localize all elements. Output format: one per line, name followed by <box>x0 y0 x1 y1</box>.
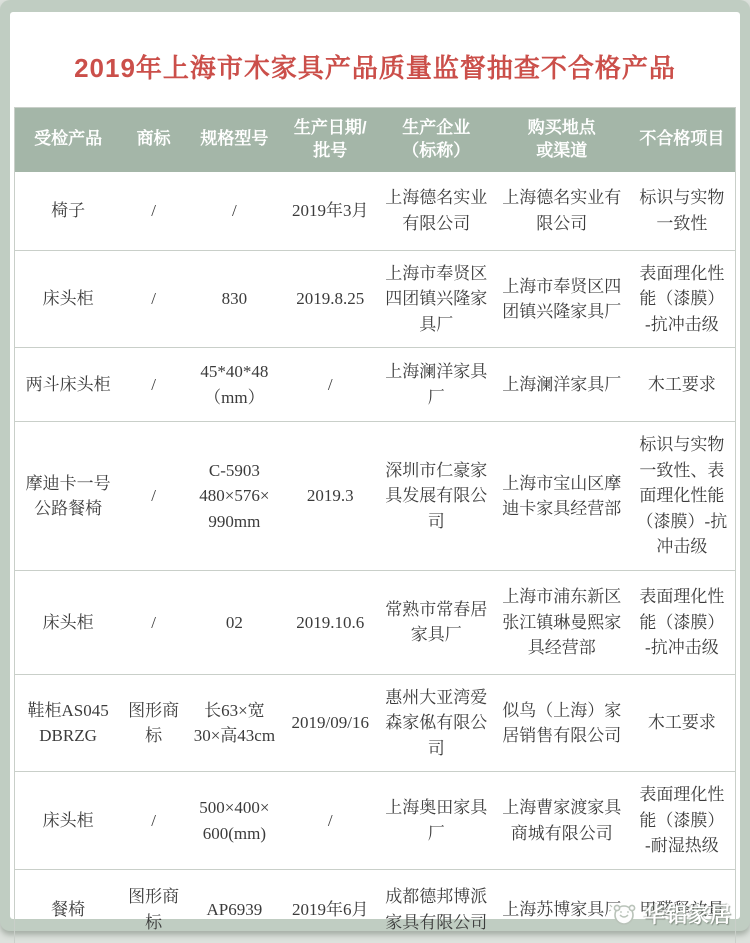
table-cell: 2019/09/16 <box>283 674 378 772</box>
column-header: 生产日期/ 批号 <box>283 108 378 172</box>
table-cell: 成都德邦博派家具有限公司 <box>378 869 495 943</box>
defective-products-table: 受检产品商标规格型号生产日期/ 批号生产企业 （标称）购买地点 或渠道不合格项目… <box>14 107 736 943</box>
table-cell: 45*40*48 （mm） <box>186 348 283 422</box>
table-header: 受检产品商标规格型号生产日期/ 批号生产企业 （标称）购买地点 或渠道不合格项目 <box>15 108 736 172</box>
table-cell: 上海市奉贤区四团镇兴隆家具厂 <box>495 250 629 348</box>
table-cell: 常熟市常春居家具厂 <box>378 570 495 674</box>
table-cell: C-5903 480×576× 990mm <box>186 422 283 571</box>
table-cell: / <box>283 772 378 870</box>
table-cell: / <box>121 348 186 422</box>
header-row: 受检产品商标规格型号生产日期/ 批号生产企业 （标称）购买地点 或渠道不合格项目 <box>15 108 736 172</box>
table-cell: 上海市宝山区摩迪卡家具经营部 <box>495 422 629 571</box>
table-cell: 摩迪卡一号 公路餐椅 <box>15 422 122 571</box>
table-cell: 图形商标 <box>121 674 186 772</box>
table-cell: 830 <box>186 250 283 348</box>
page-frame: 2019年上海市木家具产品质量监督抽查不合格产品 受检产品商标规格型号生产日期/… <box>0 0 750 931</box>
table-cell: 上海市浦东新区张江镇琳曼熙家具经营部 <box>495 570 629 674</box>
table-cell: 似鸟（上海）家居销售有限公司 <box>495 674 629 772</box>
table-cell: 上海奥田家具厂 <box>378 772 495 870</box>
content-card: 2019年上海市木家具产品质量监督抽查不合格产品 受检产品商标规格型号生产日期/… <box>10 12 740 919</box>
table-cell: / <box>186 172 283 251</box>
brand-watermark: 华铝家居 <box>607 899 732 929</box>
table-row: 床头柜/500×400× 600(mm)/上海奥田家具厂上海曹家渡家具商城有限公… <box>15 772 736 870</box>
table-cell: 2019年3月 <box>283 172 378 251</box>
table-cell: 2019年6月 <box>283 869 378 943</box>
table-cell: 上海德名实业有限公司 <box>495 172 629 251</box>
table-cell: / <box>121 422 186 571</box>
table-cell: 2019.3 <box>283 422 378 571</box>
table-cell: 2019.10.6 <box>283 570 378 674</box>
table-cell: 表面理化性能（漆膜） -抗冲击级 <box>629 250 736 348</box>
column-header: 购买地点 或渠道 <box>495 108 629 172</box>
table-cell: / <box>283 348 378 422</box>
table-cell: 长63×宽 30×高43cm <box>186 674 283 772</box>
column-header: 生产企业 （标称） <box>378 108 495 172</box>
table-cell: / <box>121 772 186 870</box>
table-cell: / <box>121 250 186 348</box>
table-cell: 上海澜洋家具厂 <box>495 348 629 422</box>
table-cell: 标识与实物一致性、表面理化性能（漆膜）-抗冲击级 <box>629 422 736 571</box>
table-row: 床头柜/8302019.8.25上海市奉贤区四团镇兴隆家具厂上海市奉贤区四团镇兴… <box>15 250 736 348</box>
column-header: 规格型号 <box>186 108 283 172</box>
column-header: 不合格项目 <box>629 108 736 172</box>
table-cell: 鞋柜AS045 DBRZG <box>15 674 122 772</box>
table-cell: / <box>121 570 186 674</box>
column-header: 商标 <box>121 108 186 172</box>
table-cell: 上海澜洋家具厂 <box>378 348 495 422</box>
table-cell: 500×400× 600(mm) <box>186 772 283 870</box>
table-row: 两斗床头柜/45*40*48 （mm）/上海澜洋家具厂上海澜洋家具厂木工要求 <box>15 348 736 422</box>
table-body: 椅子//2019年3月上海德名实业有限公司上海德名实业有限公司标识与实物一致性床… <box>15 172 736 943</box>
table-cell: 表面理化性能（漆膜） -耐湿热级 <box>629 772 736 870</box>
table-cell: 上海市奉贤区四团镇兴隆家具厂 <box>378 250 495 348</box>
table-row: 摩迪卡一号 公路餐椅/C-5903 480×576× 990mm2019.3深圳… <box>15 422 736 571</box>
table-cell: 床头柜 <box>15 250 122 348</box>
table-cell: 床头柜 <box>15 570 122 674</box>
table-cell: AP6939 <box>186 869 283 943</box>
brand-watermark-label: 华铝家居 <box>644 899 732 929</box>
column-header: 受检产品 <box>15 108 122 172</box>
table-cell: 餐椅 <box>15 869 122 943</box>
table-cell: 2019.8.25 <box>283 250 378 348</box>
table-cell: 两斗床头柜 <box>15 348 122 422</box>
table-cell: 木工要求 <box>629 674 736 772</box>
table-cell: 表面理化性能（漆膜） -抗冲击级 <box>629 570 736 674</box>
table-row: 鞋柜AS045 DBRZG图形商标长63×宽 30×高43cm2019/09/1… <box>15 674 736 772</box>
table-cell: 惠州大亚湾爱森家俬有限公司 <box>378 674 495 772</box>
page-title: 2019年上海市木家具产品质量监督抽查不合格产品 <box>16 48 734 85</box>
table-cell: 上海德名实业有限公司 <box>378 172 495 251</box>
table-cell: 02 <box>186 570 283 674</box>
brand-logo-icon <box>607 901 639 928</box>
table-cell: / <box>121 172 186 251</box>
table-cell: 木工要求 <box>629 348 736 422</box>
table-cell: 深圳市仁豪家具发展有限公司 <box>378 422 495 571</box>
table-cell: 床头柜 <box>15 772 122 870</box>
table-cell: 椅子 <box>15 172 122 251</box>
table-cell: 图形商标 <box>121 869 186 943</box>
table-row: 椅子//2019年3月上海德名实业有限公司上海德名实业有限公司标识与实物一致性 <box>15 172 736 251</box>
table-cell: 上海曹家渡家具商城有限公司 <box>495 772 629 870</box>
table-row: 床头柜/022019.10.6常熟市常春居家具厂上海市浦东新区张江镇琳曼熙家具经… <box>15 570 736 674</box>
table-cell: 标识与实物一致性 <box>629 172 736 251</box>
